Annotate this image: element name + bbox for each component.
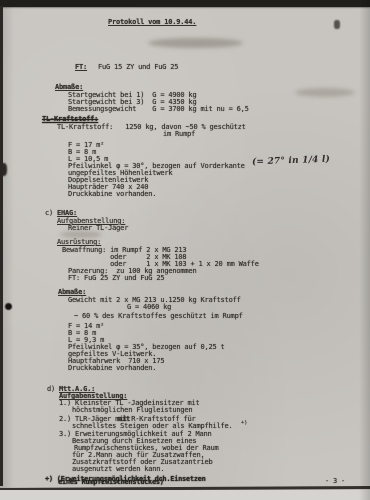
document-line: Bemessungsgewicht G = 3700 kg mit nu = 6… [68,106,249,114]
document-line: c) [45,210,53,218]
scan-border-bottom-strip [0,490,370,500]
scan-border-top [0,0,370,7]
pencil-mark [334,20,340,29]
document-line: Druckkabine vorhanden. [68,365,156,373]
document-line: eines Rumpfzwischenstückes) [58,479,164,487]
pencil-smudge [148,38,243,48]
document-line: (= 27° in 1/4 l) [252,156,330,168]
pencil-smudge [295,88,355,97]
scan-border-left [0,6,3,486]
document-line: Protokoll vom 10.9.44. [108,19,196,27]
document-line: ~ 60 % des Kraftstoffes geschützt im Rum… [74,313,243,321]
document-line: FT: FuG 25 ZY und FuG 25 [68,275,164,283]
ink-blot [5,303,12,310]
document-line: höchstmöglichen Flugleistungen [72,407,192,415]
document-line: Reiner TL-Jäger [68,225,128,233]
document-line: ausgenutzt werden kann. [72,466,164,474]
document-line: FT: [75,64,87,72]
document-line: G = 4060 kg [127,304,171,312]
document-line: d) [47,386,55,394]
document-line: FuG 15 ZY und FuG 25 [98,64,178,72]
scanned-document-page: Protokoll vom 10.9.44.FT:FuG 15 ZY und F… [0,0,370,500]
scan-border-right-shade [359,0,370,500]
document-line: +) [241,420,247,428]
document-line: TL-Kraftstoff: 1250 kg, davon ~50 % gesc… [57,124,246,132]
document-line: im Rumpf [163,131,195,139]
document-line: Druckkabine vorhanden. [68,191,156,199]
document-line: - 3 - [325,478,345,486]
